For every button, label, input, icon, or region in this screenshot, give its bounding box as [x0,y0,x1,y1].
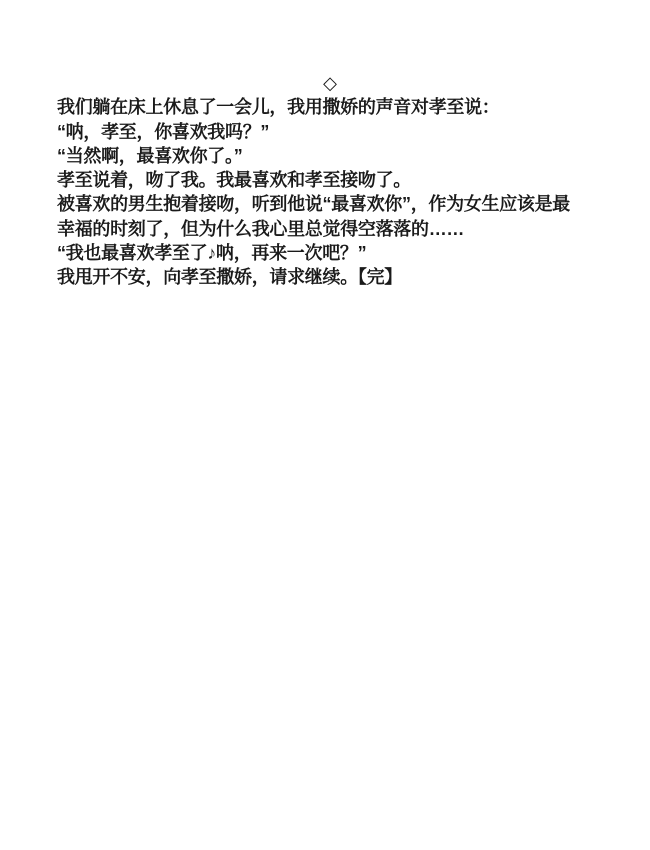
text-line: 孝至说着，吻了我。我最喜欢和孝至接吻了。 [57,168,603,192]
text-line: 被喜欢的男生抱着接吻，听到他说“最喜欢你”，作为女生应该是最 [57,192,603,216]
text-line: 我们躺在床上休息了一会儿，我用撒娇的声音对孝至说： [57,95,603,119]
text-line: “我也最喜欢孝至了♪呐，再来一次吧？” [57,241,603,265]
text-line: 幸福的时刻了，但为什么我心里总觉得空落落的…… [57,217,603,241]
reader-page: ◇ 我们躺在床上休息了一会儿，我用撒娇的声音对孝至说： “呐，孝至，你喜欢我吗？… [0,0,650,850]
text-line: 我甩开不安，向孝至撒娇，请求继续。【完】 [57,265,603,289]
section-divider-symbol: ◇ [57,71,603,95]
text-line: “呐，孝至，你喜欢我吗？” [57,120,603,144]
text-line: “当然啊，最喜欢你了。” [57,144,603,168]
